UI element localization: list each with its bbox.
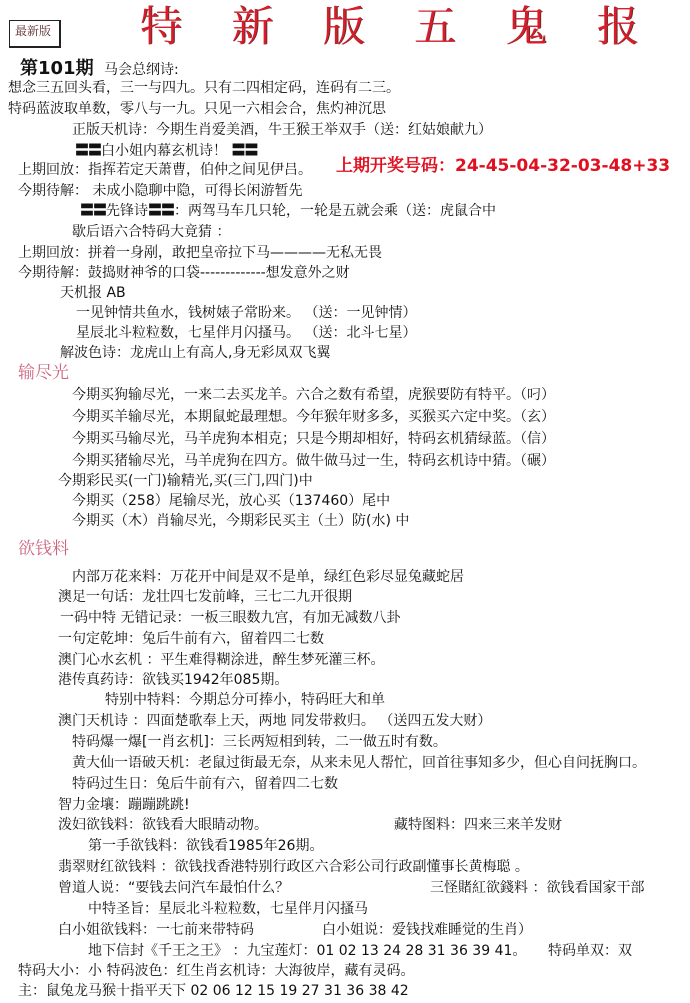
money-item: 特码大小：小 特码波色：红生肖玄机诗：大海彼岸，藏有灵码。: [18, 964, 414, 978]
money-item: 澳门天机诗 ：四面楚歌奉上天，两地 同发带救归。 （送四五发大财）: [58, 714, 491, 728]
money-item: 翡翠财红欲钱料 ：欲钱找香港特别行政区六合彩公司行政副懂事长黄梅聪 。: [58, 860, 529, 874]
color-poem: 解波色诗：龙虎山上有高人,身无彩凤双飞翼: [60, 346, 330, 360]
baixiaojie-heading: 〓〓白小姐内幕玄机诗！ 〓〓: [75, 144, 257, 158]
money-item: 特码过生日：兔后牛前有六，留着四二七数: [72, 777, 338, 791]
poem-line-2: 特码蓝波取单数，零八与一九。只见一六相会合，焦灼神沉思: [8, 102, 386, 116]
bar-decoration-icon: 〓〓: [231, 144, 257, 158]
page-title: 特 新 版 五 鬼 报: [140, 6, 657, 48]
poem-line-1: 想念三五回头看，三一与四九。只有二四相定码，连码有二三。: [8, 81, 400, 95]
lose-item: 今期买马输尽光，马羊虎狗本相克；只是今期却相好，特码玄机猜绿蓝。（信）: [72, 432, 555, 446]
tianji-line-1: 一见钟情共鱼水，钱树婊子常盼来。 （送：一见钟情）: [76, 306, 416, 320]
money-item: 中特圣旨：星辰北斗粒粒数，七星伴月闪搔马: [88, 902, 368, 916]
bar-decoration-icon: 〓〓: [75, 144, 101, 158]
section-heading-lose: 输尽光: [18, 365, 69, 382]
money-item: 泼妇欲钱料：欲钱看大眼睛动物。: [58, 818, 268, 832]
lose-item: 今期买（木）肖输尽光，今期彩民买主（土）防(水) 中: [72, 514, 409, 528]
money-item: 特别中特料：今期总分可捧小，特码旺大和单: [105, 693, 385, 707]
money-item: 曾道人说：“要钱去问汽车最怕什么？: [58, 881, 289, 895]
money-item: 主：鼠兔龙马猴十指平天下 02 06 12 15 19 27 31 36 38 …: [18, 984, 409, 998]
pioneer-text: ：两驾马车几只轮，一轮是五就会乘（送：虎鼠合中: [174, 203, 496, 219]
money-item: 三怪賭紅欲錢料 ：欲钱看国家干部: [430, 881, 644, 895]
money-item: 一句定乾坤：兔后牛前有六，留着四二七数: [58, 632, 324, 646]
bar-decoration-icon: 〓〓: [80, 204, 106, 218]
zhengban-poem: 正版天机诗：今期生肖爱美酒，牛王猴王举双手（送：红姑娘献九）: [72, 123, 492, 137]
last-draw-label: 上期开奖号码：: [336, 156, 455, 176]
money-item: 藏特图料：四来三来羊发财: [394, 818, 562, 832]
money-item: 特码爆一爆[一肖玄机]：三长两短相到转，二一做五时有数。: [72, 735, 447, 749]
money-item: 白小姐说：爱钱找难睡觉的生肖）: [322, 923, 532, 937]
xiehouyu-heading: 歇后语六合特码大竟猜 ：: [72, 225, 230, 239]
issue-subtitle: 马会总纲诗:: [104, 62, 179, 78]
lose-item: 今期彩民买(一门)输精光,买(三门,四门)中: [58, 474, 313, 488]
money-item: 内部万花来料：万花开中间是双不是单，绿红色彩尽显兔藏蛇居: [72, 570, 464, 584]
pioneer-poem: 〓〓先锋诗〓〓：两驾马车几只轮，一轮是五就会乘（送：虎鼠合中: [80, 204, 496, 218]
pioneer-label: 先锋诗: [106, 203, 148, 219]
bar-decoration-icon: 〓〓: [148, 204, 174, 218]
section-heading-money: 欲钱料: [18, 541, 69, 558]
money-item: 地下信封《千王之王》 ：九宝莲灯：01 02 13 24 28 31 36 39…: [88, 944, 526, 958]
pending-1: 今期待解： 未成小隐聊中隐，可得长闲游暂先: [18, 184, 302, 198]
last-draw: 上期开奖号码：24-45-04-32-03-48+33: [336, 158, 670, 175]
lose-item: 今期买（258）尾输尽光，放心买（137460）尾中: [72, 494, 390, 508]
last-draw-numbers: 24-45-04-32-03-48+33: [455, 156, 670, 176]
money-item: 一码中特 无错记录：一板三眼数九宫，有加无减数八卦: [60, 611, 400, 625]
issue-header: 第101期 马会总纲诗:: [20, 60, 179, 78]
last-review-1: 上期回放：指挥若定天萧曹，伯仲之间见伊吕。: [18, 163, 312, 177]
lose-item: 今期买羊输尽光，本期鼠蛇最理想。今年猴年财多多，买猴买六定中奖。（玄）: [72, 410, 555, 424]
money-item: 特码单双：双: [548, 944, 632, 958]
baixiaojie-label: 白小姐内幕玄机诗！: [101, 143, 227, 159]
latest-edition-badge: 最新版: [9, 20, 61, 48]
tianji-line-2: 星辰北斗粒粒数，七星伴月闪搔马。 （送：北斗七星）: [76, 326, 416, 340]
money-item: 智力金壤：蹦蹦跳跳!: [58, 798, 190, 812]
money-item: 白小姐欲钱料：一七前来带特码: [58, 923, 254, 937]
lose-item: 今期买狗输尽光，一来二去买龙羊。六合之数有希望，虎猴要防有特平。（叼）: [72, 388, 555, 402]
pending-2: 今期待解：鼓捣财神爷的口袋-------------想发意外之财: [18, 266, 350, 280]
tianji-heading: 天机报 AB: [60, 286, 126, 300]
money-item: 澳门心水玄机 ：平生难得糊涂进，醉生梦死灌三杯。: [58, 653, 384, 667]
money-item: 第一手欲钱料：欲钱看1985年26期。: [88, 839, 323, 853]
money-item: 澳足一句话：龙壮四七发前峰，三七二九开很期: [58, 590, 352, 604]
money-item: 黄大仙一语破天机：老鼠过街最无奈，从来未见人帮忙，回首往事知多少，但心自问抚胸口…: [72, 756, 646, 770]
issue-number: 第101期: [20, 58, 94, 79]
money-item: 港传真药诗：欲钱买1942年085期。: [58, 673, 288, 687]
last-review-2: 上期回放：拼着一身剐，敢把皇帝拉下马————无私无畏: [18, 246, 382, 260]
lose-item: 今期买猪输尽光，马羊虎狗在四方。做牛做马过一生，特码玄机诗中猜。（碾）: [72, 454, 555, 468]
